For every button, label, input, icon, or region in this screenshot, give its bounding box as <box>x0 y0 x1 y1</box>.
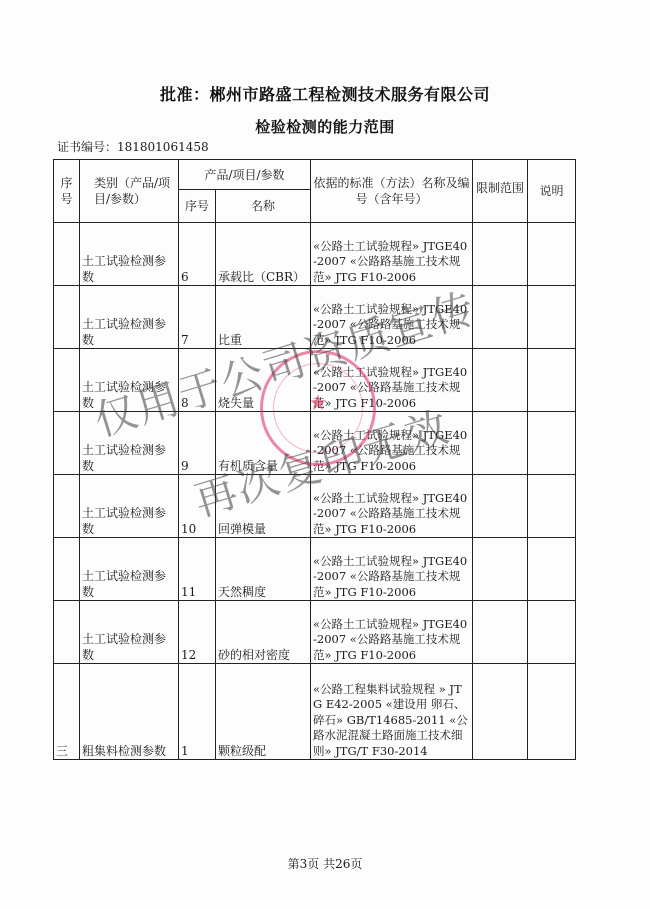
cell-item-seq: 8 <box>179 349 216 412</box>
cell-category: 土工试验检测参数 <box>80 223 179 286</box>
cell-seq <box>54 601 80 664</box>
cell-seq: 三 <box>54 664 80 760</box>
cell-seq <box>54 223 80 286</box>
table-row: 土工试验检测参数10回弹模量«公路土工试验规程» JTGE40-2007 «公路… <box>54 475 576 538</box>
approval-title: 批准：郴州市路盛工程检测技术服务有限公司 <box>0 82 650 105</box>
certificate-number: 证书编号：181801061458 <box>57 138 209 155</box>
cell-category: 土工试验检测参数 <box>80 412 179 475</box>
cell-limit <box>473 412 528 475</box>
table-row: 土工试验检测参数9有机质含量«公路土工试验规程» JTGE40-2007 «公路… <box>54 412 576 475</box>
cell-item-name: 砂的相对密度 <box>216 601 311 664</box>
cell-limit <box>473 475 528 538</box>
cell-item-seq: 7 <box>179 286 216 349</box>
cell-note <box>528 349 576 412</box>
cell-standard: «公路土工试验规程» JTGE40-2007 «公路路基施工技术规范» JTG … <box>311 412 473 475</box>
cell-note <box>528 223 576 286</box>
cell-item-name: 承载比（CBR） <box>216 223 311 286</box>
page-number: 第3页 共26页 <box>0 855 650 872</box>
cell-note <box>528 475 576 538</box>
cell-item-seq: 10 <box>179 475 216 538</box>
cell-seq <box>54 475 80 538</box>
cell-standard: «公路土工试验规程» JTGE40-2007 «公路路基施工技术规范» JTG … <box>311 223 473 286</box>
table-row: 土工试验检测参数6承载比（CBR）«公路土工试验规程» JTGE40-2007 … <box>54 223 576 286</box>
header-item-name: 名称 <box>216 190 311 223</box>
cell-seq <box>54 412 80 475</box>
document-subtitle: 检验检测的能力范围 <box>0 116 650 137</box>
cell-limit <box>473 286 528 349</box>
table-row: 土工试验检测参数11天然稠度«公路土工试验规程» JTGE40-2007 «公路… <box>54 538 576 601</box>
header-item-seq: 序号 <box>179 190 216 223</box>
cell-limit <box>473 601 528 664</box>
cell-item-name: 有机质含量 <box>216 412 311 475</box>
header-limit: 限制范围 <box>473 160 528 223</box>
table-row: 土工试验检测参数8烧失量«公路土工试验规程» JTGE40-2007 «公路路基… <box>54 349 576 412</box>
cell-item-seq: 6 <box>179 223 216 286</box>
cell-item-seq: 1 <box>179 664 216 760</box>
cell-note <box>528 664 576 760</box>
cell-seq <box>54 286 80 349</box>
cell-limit <box>473 664 528 760</box>
cell-standard: «公路土工试验规程» JTGE40-2007 «公路路基施工技术规范» JTG … <box>311 601 473 664</box>
cell-note <box>528 601 576 664</box>
cell-limit <box>473 223 528 286</box>
cell-limit <box>473 349 528 412</box>
table-row: 三粗集料检测参数1颗粒级配«公路工程集料试验规程 » JTG E42-2005 … <box>54 664 576 760</box>
cell-category: 土工试验检测参数 <box>80 286 179 349</box>
cell-limit <box>473 538 528 601</box>
cell-category: 土工试验检测参数 <box>80 475 179 538</box>
cell-item-seq: 12 <box>179 601 216 664</box>
cell-note <box>528 538 576 601</box>
cell-standard: «公路土工试验规程» JTGE40-2007 «公路路基施工技术规范» JTG … <box>311 286 473 349</box>
cell-item-name: 天然稠度 <box>216 538 311 601</box>
header-note: 说明 <box>528 160 576 223</box>
cell-standard: «公路工程集料试验规程 » JTG E42-2005 «建设用 卵石、碎石» G… <box>311 664 473 760</box>
cell-seq <box>54 538 80 601</box>
header-standard: 依据的标准（方法）名称及编号（含年号） <box>311 160 473 223</box>
capability-scope-table: 序号 类别（产品/项目/参数） 产品/项目/参数 依据的标准（方法）名称及编号（… <box>53 159 576 760</box>
cell-category: 粗集料检测参数 <box>80 664 179 760</box>
cell-category: 土工试验检测参数 <box>80 601 179 664</box>
cell-note <box>528 412 576 475</box>
cell-category: 土工试验检测参数 <box>80 538 179 601</box>
cell-item-name: 颗粒级配 <box>216 664 311 760</box>
cell-note <box>528 286 576 349</box>
cell-seq <box>54 349 80 412</box>
cell-standard: «公路土工试验规程» JTGE40-2007 «公路路基施工技术规范» JTG … <box>311 538 473 601</box>
cell-standard: «公路土工试验规程» JTGE40-2007 «公路路基施工技术规范» JTG … <box>311 349 473 412</box>
table-row: 土工试验检测参数7比重«公路土工试验规程» JTGE40-2007 «公路路基施… <box>54 286 576 349</box>
header-seq: 序号 <box>54 160 80 223</box>
header-category: 类别（产品/项目/参数） <box>80 160 179 223</box>
table-row: 土工试验检测参数12砂的相对密度«公路土工试验规程» JTGE40-2007 «… <box>54 601 576 664</box>
cell-standard: «公路土工试验规程» JTGE40-2007 «公路路基施工技术规范» JTG … <box>311 475 473 538</box>
cell-item-name: 比重 <box>216 286 311 349</box>
cell-item-name: 回弹模量 <box>216 475 311 538</box>
header-product-group: 产品/项目/参数 <box>179 160 311 190</box>
cell-category: 土工试验检测参数 <box>80 349 179 412</box>
cell-item-seq: 11 <box>179 538 216 601</box>
cell-item-name: 烧失量 <box>216 349 311 412</box>
cell-item-seq: 9 <box>179 412 216 475</box>
